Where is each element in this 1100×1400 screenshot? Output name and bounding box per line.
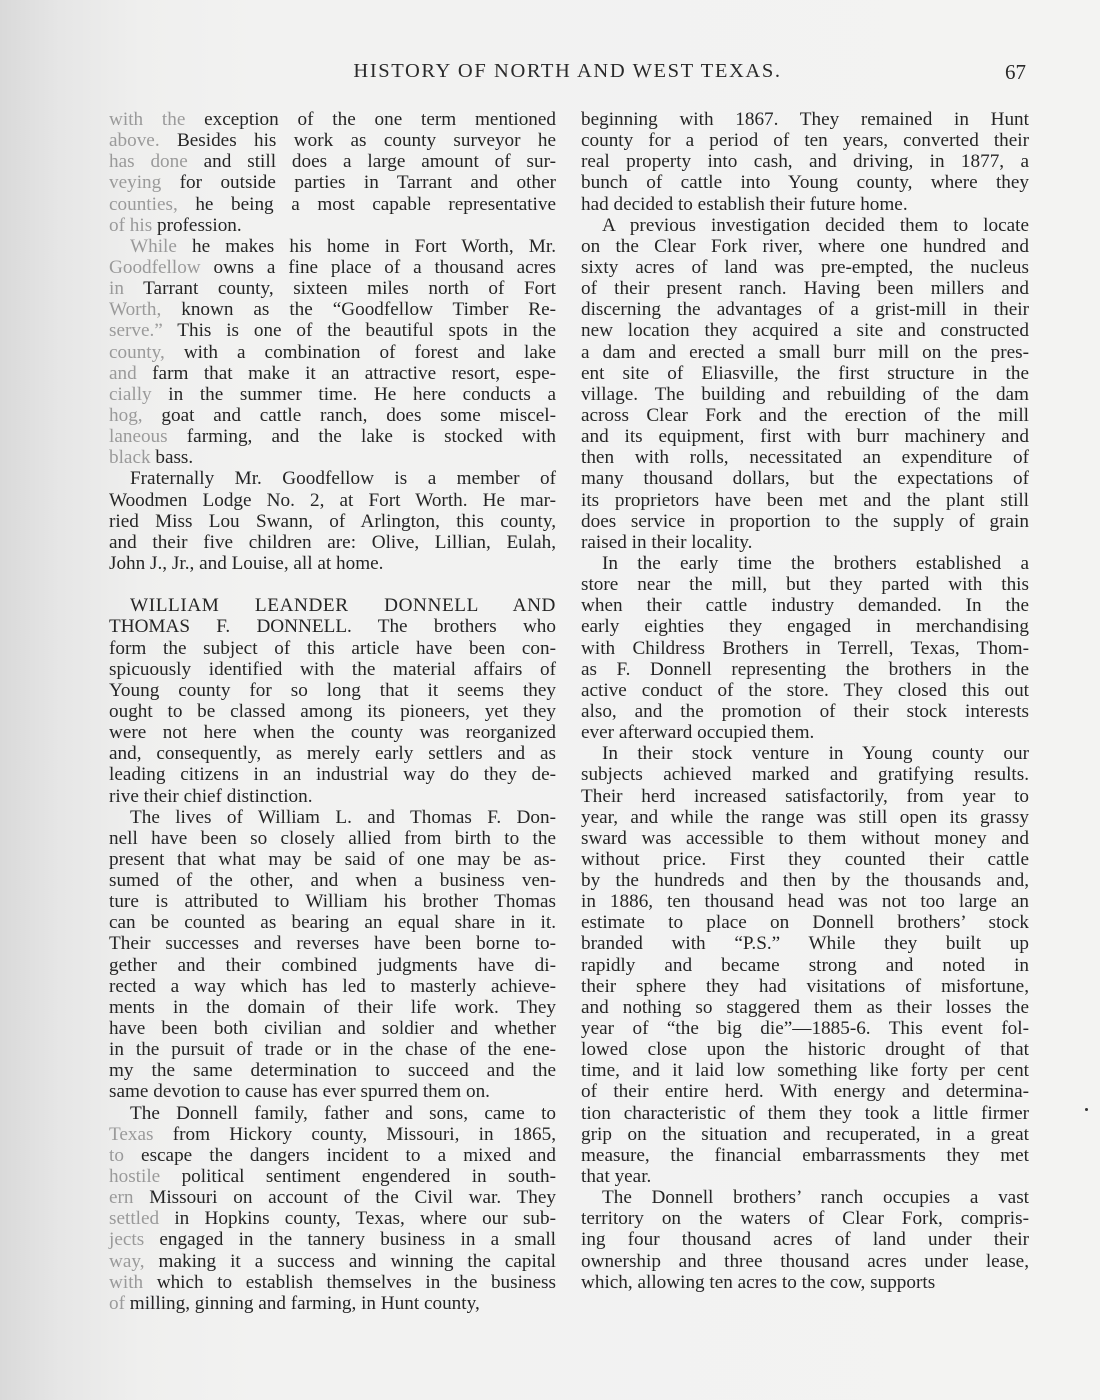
faded-text: ern: [109, 1187, 134, 1208]
faded-text: serve.”: [109, 320, 163, 341]
text-line: store near the mill, but they parted wit…: [581, 574, 1029, 595]
faded-text: hog,: [109, 405, 143, 426]
faded-text: to: [109, 1145, 124, 1166]
text-line: cially in the summer time. He here condu…: [109, 384, 556, 405]
text-line: Young county for so long that it seems t…: [109, 680, 556, 701]
text-line: way, making it a success and winning the…: [109, 1251, 556, 1272]
faded-text: in: [109, 278, 124, 299]
text-line: above. Besides his work as county survey…: [109, 130, 556, 151]
text-line: their sphere they had visitations of mis…: [581, 976, 1029, 997]
text-line: time, and it laid low something like for…: [581, 1060, 1029, 1081]
text-line: spicuously identified with the material …: [109, 659, 556, 680]
text-line: nell have been so closely allied from bi…: [109, 828, 556, 849]
text-line: active conduct of the store. They closed…: [581, 680, 1029, 701]
faded-text: black: [109, 447, 151, 468]
text-line: sward was accessible to them without mon…: [581, 828, 1029, 849]
text-line: territory on the waters of Clear Fork, c…: [581, 1208, 1029, 1229]
text-line: laneous farming, and the lake is stocked…: [109, 426, 556, 447]
faded-text: above.: [109, 130, 160, 151]
text-line: Woodmen Lodge No. 2, at Fort Worth. He m…: [109, 490, 556, 511]
text-line: ing four thousand acres of land under th…: [581, 1229, 1029, 1250]
text-line: year of “the big die”—1885-6. This event…: [581, 1018, 1029, 1039]
text-line: can be counted as bearing an equal share…: [109, 912, 556, 933]
text-line: county, with a combination of forest and…: [109, 342, 556, 363]
text-line: branded with “P.S.” While they built up: [581, 933, 1029, 954]
text-line: across Clear Fork and the erection of th…: [581, 405, 1029, 426]
text-line: counties, he being a most capable repres…: [109, 194, 556, 215]
page-speck: [1085, 1108, 1088, 1111]
text-line: ever afterward occupied them.: [581, 722, 1029, 743]
text-line: subjects achieved marked and gratifying …: [581, 764, 1029, 785]
text-line: grip on the situation and recuperated, i…: [581, 1124, 1029, 1145]
faded-text: jects: [109, 1229, 144, 1250]
text-line: sixty acres of land was pre-empted, the …: [581, 257, 1029, 278]
text-line: ture is attributed to William his brothe…: [109, 891, 556, 912]
text-line: Their herd increased satisfactorily, fro…: [581, 786, 1029, 807]
text-line: WILLIAM LEANDER DONNELL AND: [109, 595, 556, 616]
faded-text: hostile: [109, 1166, 160, 1187]
text-line: rected a way which has led to masterly a…: [109, 976, 556, 997]
text-line: A previous investigation decided them to…: [581, 215, 1029, 236]
text-line: and nothing so staggered them as their l…: [581, 997, 1029, 1018]
faded-text: veying: [109, 172, 161, 193]
faded-text: laneous: [109, 426, 168, 447]
faded-text: has done: [109, 151, 188, 172]
text-line: ments in the domain of their life work. …: [109, 997, 556, 1018]
text-line: by the hundreds and then by the thousand…: [581, 870, 1029, 891]
text-line: village. The building and rebuilding of …: [581, 384, 1029, 405]
text-line: John J., Jr., and Louise, all at home.: [109, 553, 556, 574]
text-line: sumed of the other, and when a business …: [109, 870, 556, 891]
text-line: settled in Hopkins county, Texas, where …: [109, 1208, 556, 1229]
faded-text: of his: [109, 215, 152, 236]
text-line: to escape the dangers incident to a mixe…: [109, 1145, 556, 1166]
text-line: gether and their combined judgments have…: [109, 955, 556, 976]
text-line: of milling, ginning and farming, in Hunt…: [109, 1293, 556, 1314]
text-line: ent site of Eliasville, the first struct…: [581, 363, 1029, 384]
faded-text: and: [109, 363, 137, 384]
text-line: form the subject of this article have be…: [109, 638, 556, 659]
text-line: has done and still does a large amount o…: [109, 151, 556, 172]
text-line: serve.” This is one of the beautiful spo…: [109, 320, 556, 341]
text-line: hostile political sentiment engendered i…: [109, 1166, 556, 1187]
text-line: then with rolls, necessitated an expendi…: [581, 447, 1029, 468]
text-line: with the exception of the one term menti…: [109, 109, 556, 130]
faded-text: of: [109, 1293, 125, 1314]
text-line: were not here when the county was reorga…: [109, 722, 556, 743]
faded-text: settled: [109, 1208, 159, 1229]
text-line: jects engaged in the tannery business in…: [109, 1229, 556, 1250]
text-line: rapidly and became strong and noted in: [581, 955, 1029, 976]
text-line: ownership and three thousand acres under…: [581, 1251, 1029, 1272]
text-line: new location they acquired a site and co…: [581, 320, 1029, 341]
text-line: raised in their locality.: [581, 532, 1029, 553]
text-line: of their present ranch. Having been mill…: [581, 278, 1029, 299]
text-line: In the early time the brothers establish…: [581, 553, 1029, 574]
text-line: measure, the financial embarrassments th…: [581, 1145, 1029, 1166]
text-line: had decided to establish their future ho…: [581, 194, 1029, 215]
text-line: its proprietors have been met and the pl…: [581, 490, 1029, 511]
faded-text: way,: [109, 1251, 145, 1272]
text-line: with Childress Brothers in Terrell, Texa…: [581, 638, 1029, 659]
text-line: In their stock venture in Young county o…: [581, 743, 1029, 764]
faded-text: Goodfellow: [109, 257, 201, 278]
faded-text: Texas: [109, 1124, 153, 1145]
text-line: a dam and erected a small burr mill on t…: [581, 342, 1029, 363]
text-line: [109, 574, 556, 595]
text-line: ought to be classed among its pioneers, …: [109, 701, 556, 722]
text-line: estimate to place on Donnell brothers’ s…: [581, 912, 1029, 933]
text-line: Goodfellow owns a fine place of a thousa…: [109, 257, 556, 278]
left-column: with the exception of the one term menti…: [109, 109, 556, 1314]
text-line: The lives of William L. and Thomas F. Do…: [109, 807, 556, 828]
page-number: 67: [1005, 60, 1026, 85]
text-line: as F. Donnell representing the brothers …: [581, 659, 1029, 680]
text-line: real property into cash, and driving, in…: [581, 151, 1029, 172]
text-line: Their successes and reverses have been b…: [109, 933, 556, 954]
text-line: black bass.: [109, 447, 556, 468]
text-line: year, and while the range was still open…: [581, 807, 1029, 828]
text-line: rive their chief distinction.: [109, 786, 556, 807]
text-line: early eighties they engaged in merchandi…: [581, 616, 1029, 637]
faded-text: with the: [109, 109, 185, 130]
text-line: which, allowing ten acres to the cow, su…: [581, 1272, 1029, 1293]
book-page: HISTORY OF NORTH AND WEST TEXAS. 67 with…: [0, 0, 1100, 1400]
text-line: and farm that make it an attractive reso…: [109, 363, 556, 384]
text-line: and its equipment, first with burr machi…: [581, 426, 1029, 447]
text-line: my the same determination to succeed and…: [109, 1060, 556, 1081]
faded-text: While: [130, 236, 177, 257]
text-line: does service in proportion to the supply…: [581, 511, 1029, 532]
faded-text: Worth,: [109, 299, 161, 320]
text-line: in 1886, ten thousand head was not too l…: [581, 891, 1029, 912]
text-line: lowed close upon the historic drought of…: [581, 1039, 1029, 1060]
text-line: many thousand dollars, but the expectati…: [581, 468, 1029, 489]
text-line: THOMAS F. DONNELL. The brothers who: [109, 616, 556, 637]
text-line: county for a period of ten years, conver…: [581, 130, 1029, 151]
faded-text: with: [109, 1272, 143, 1293]
text-line: and, consequently, as merely early settl…: [109, 743, 556, 764]
text-line: and their five children are: Olive, Lill…: [109, 532, 556, 553]
text-line: While he makes his home in Fort Worth, M…: [109, 236, 556, 257]
text-line: also, and the promotion of their stock i…: [581, 701, 1029, 722]
text-line: tion characteristic of them they took a …: [581, 1103, 1029, 1124]
text-line: present that what may be said of one may…: [109, 849, 556, 870]
text-line: leading citizens in an industrial way do…: [109, 764, 556, 785]
text-line: on the Clear Fork river, where one hundr…: [581, 236, 1029, 257]
text-line: Worth, known as the “Goodfellow Timber R…: [109, 299, 556, 320]
text-line: The Donnell family, father and sons, cam…: [109, 1103, 556, 1124]
text-line: of his profession.: [109, 215, 556, 236]
text-line: in Tarrant county, sixteen miles north o…: [109, 278, 556, 299]
text-line: Fraternally Mr. Goodfellow is a member o…: [109, 468, 556, 489]
text-line: in the pursuit of trade or in the chase …: [109, 1039, 556, 1060]
text-line: Texas from Hickory county, Missouri, in …: [109, 1124, 556, 1145]
text-line: hog, goat and cattle ranch, does some mi…: [109, 405, 556, 426]
right-column: beginning with 1867. They remained in Hu…: [581, 109, 1029, 1293]
faded-text: counties,: [109, 194, 178, 215]
running-head-title: HISTORY OF NORTH AND WEST TEXAS.: [300, 60, 835, 83]
text-line: bunch of cattle into Young county, where…: [581, 172, 1029, 193]
text-line: without price. First they counted their …: [581, 849, 1029, 870]
text-line: with which to establish themselves in th…: [109, 1272, 556, 1293]
text-line: that year.: [581, 1166, 1029, 1187]
faded-text: cially: [109, 384, 152, 405]
faded-text: county,: [109, 342, 165, 363]
text-line: beginning with 1867. They remained in Hu…: [581, 109, 1029, 130]
text-line: same devotion to cause has ever spurred …: [109, 1081, 556, 1102]
text-line: The Donnell brothers’ ranch occupies a v…: [581, 1187, 1029, 1208]
text-line: ern Missouri on account of the Civil war…: [109, 1187, 556, 1208]
text-line: discerning the advantages of a grist-mil…: [581, 299, 1029, 320]
text-line: when their cattle industry demanded. In …: [581, 595, 1029, 616]
text-line: ried Miss Lou Swann, of Arlington, this …: [109, 511, 556, 532]
text-line: veying for outside parties in Tarrant an…: [109, 172, 556, 193]
text-line: of their entire herd. With energy and de…: [581, 1081, 1029, 1102]
text-line: have been both civilian and soldier and …: [109, 1018, 556, 1039]
